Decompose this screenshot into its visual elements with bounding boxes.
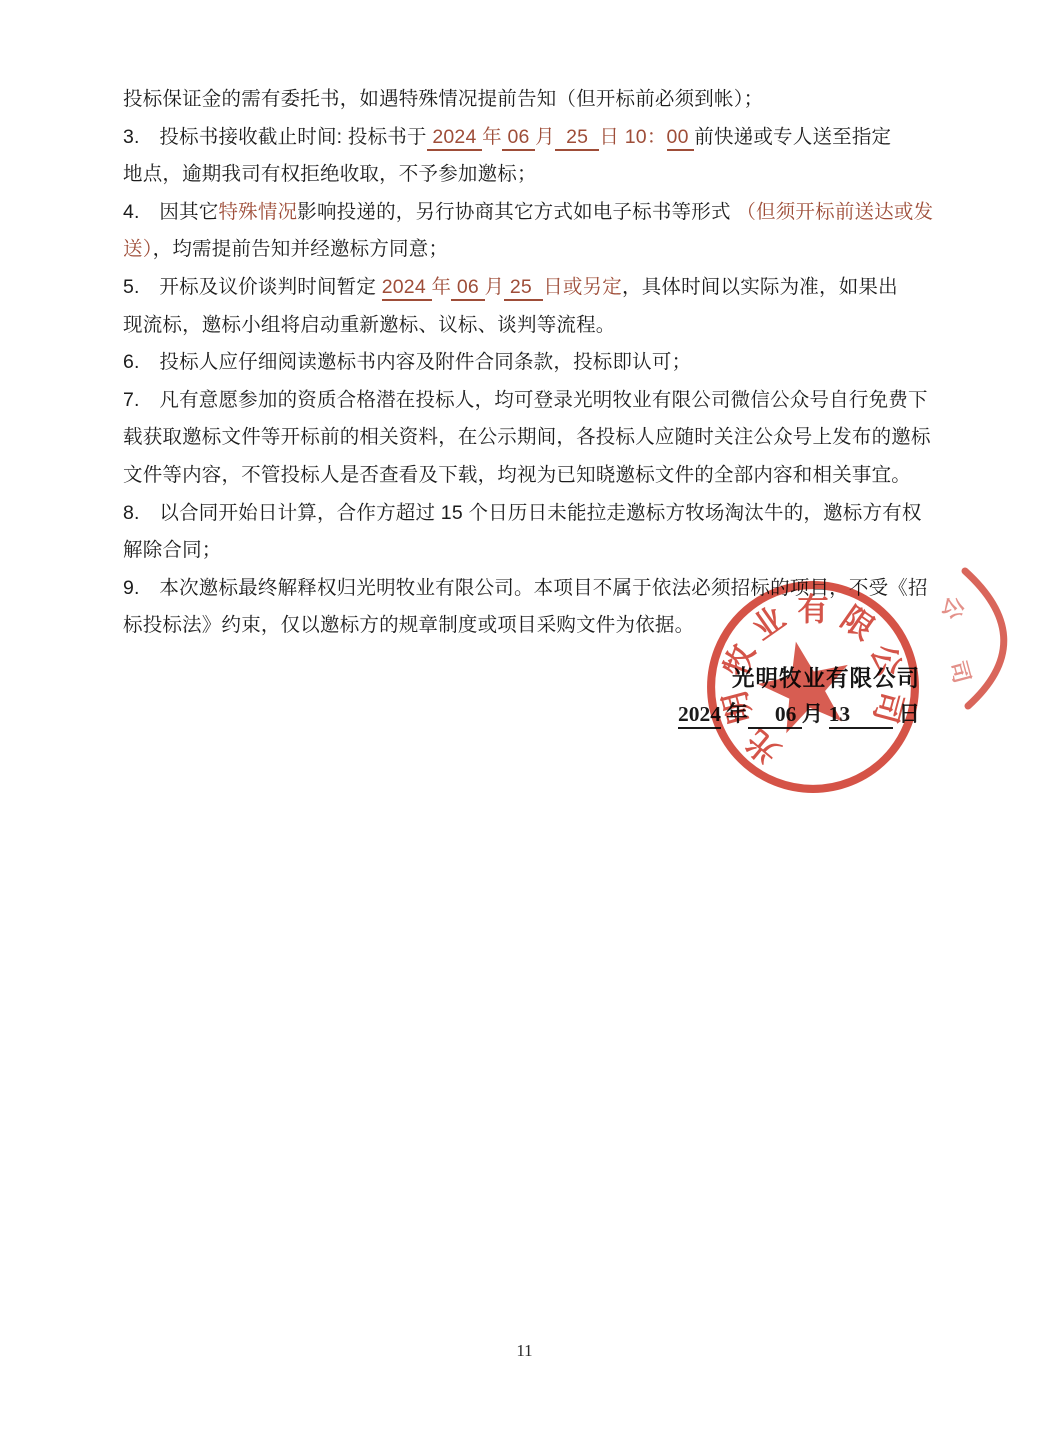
date-segment: 年 (721, 702, 748, 726)
document-page: 投标保证金的需有委托书，如遇特殊情况提前告知（但开标前必须到帐）；3. 投标书接… (0, 0, 1049, 1455)
text-segment: 月 (485, 276, 505, 298)
document-line: 投标保证金的需有委托书，如遇特殊情况提前告知（但开标前必须到帐）； (123, 81, 935, 119)
text-segment: 00 (667, 126, 695, 151)
document-line: 9. 本次邀标最终解释权归光明牧业有限公司。本项目不属于依法必须招标的项目，不受… (123, 570, 935, 608)
partial-seal-arc (965, 571, 1004, 706)
text-segment: 前快递或专人送至指定 (694, 126, 891, 148)
text-segment: 06 (451, 276, 484, 301)
document-line: 6. 投标人应仔细阅读邀标书内容及附件合同条款，投标即认可； (123, 344, 935, 382)
document-line: 文件等内容，不管投标人是否查看及下载，均视为已知晓邀标文件的全部内容和相关事宜。 (123, 457, 935, 495)
signature-date: 2024 年 06 月 13 日 (678, 697, 920, 728)
text-segment: 2024 (382, 276, 432, 301)
date-segment: 06 (748, 702, 802, 729)
text-segment: 06 (502, 126, 535, 151)
text-segment: 文件等内容，不管投标人是否查看及下载，均视为已知晓邀标文件的全部内容和相关事宜。 (123, 464, 911, 486)
document-line: 标投标法》约束，仅以邀标方的规章制度或项目采购文件为依据。 (123, 607, 935, 645)
text-segment: 解除合同； (123, 539, 222, 561)
text-segment: 4. 因其它 (123, 201, 218, 223)
document-line: 解除合同； (123, 532, 935, 570)
text-segment: 日 10： (599, 126, 666, 148)
signature-company-name: 光明牧业有限公司 (732, 661, 920, 693)
partial-seal-character: 公 (937, 593, 968, 623)
text-segment: 投标保证金的需有委托书，如遇特殊情况提前告知（但开标前必须到帐）； (123, 88, 763, 110)
date-segment: 13 (829, 702, 894, 729)
text-segment: 送） (123, 238, 153, 260)
text-segment: 7. 凡有意愿参加的资质合格潜在投标人，均可登录光明牧业有限公司微信公众号自行免… (123, 389, 928, 411)
document-body: 投标保证金的需有委托书，如遇特殊情况提前告知（但开标前必须到帐）；3. 投标书接… (123, 81, 935, 645)
date-segment: 月 (802, 702, 829, 726)
document-line: 送），均需提前告知并经邀标方同意； (123, 231, 935, 269)
seal-character: 光 (740, 723, 786, 770)
text-segment: 2024 (427, 126, 482, 151)
document-line: 载获取邀标文件等开标前的相关资料，在公示期间，各投标人应随时关注公众号上发布的邀… (123, 419, 935, 457)
text-segment: 年 (432, 276, 452, 298)
document-line: 现流标，邀标小组将启动重新邀标、议标、谈判等流程。 (123, 307, 935, 345)
partial-seal-character: 司 (945, 658, 975, 686)
document-line: 5. 开标及议价谈判时间暂定 2024 年 06 月 25 日或另定，具体时间以… (123, 269, 935, 307)
document-line: 地点，逾期我司有权拒绝收取，不予参加邀标； (123, 156, 935, 194)
page-number: 11 (0, 1341, 1049, 1361)
text-segment: 25 (504, 276, 543, 301)
text-segment: 年 (482, 126, 502, 148)
partial-seal-text: 公司 (937, 593, 975, 685)
text-segment: （但须开标前送达或发 (736, 201, 933, 223)
text-segment: 3. 投标书接收截止时间: 投标书于 (123, 126, 427, 148)
text-segment: 月 (535, 126, 555, 148)
text-segment: 影响投递的，另行协商其它方式如电子标书等形式 (297, 201, 736, 223)
text-segment: 地点，逾期我司有权拒绝收取，不予参加邀标； (123, 163, 537, 185)
text-segment: 6. 投标人应仔细阅读邀标书内容及附件合同条款，投标即认可； (123, 351, 691, 373)
date-segment: 日 (893, 702, 920, 726)
text-segment: 9. 本次邀标最终解释权归光明牧业有限公司。本项目不属于依法必须招标的项目，不受… (123, 577, 928, 599)
text-segment: 日或另定 (543, 276, 622, 298)
text-segment: 5. 开标及议价谈判时间暂定 (123, 276, 382, 298)
text-segment: 特殊情况 (218, 201, 297, 223)
document-line: 3. 投标书接收截止时间: 投标书于 2024 年 06 月 25 日 10：0… (123, 119, 935, 157)
text-segment: 现流标，邀标小组将启动重新邀标、议标、谈判等流程。 (123, 314, 616, 336)
text-segment: ，具体时间以实际为准，如果出 (622, 276, 898, 298)
date-segment: 2024 (678, 702, 721, 729)
document-line: 7. 凡有意愿参加的资质合格潜在投标人，均可登录光明牧业有限公司微信公众号自行免… (123, 382, 935, 420)
document-line: 8. 以合同开始日计算，合作方超过 15 个日历日未能拉走邀标方牧场淘汰牛的，邀… (123, 495, 935, 533)
text-segment: 25 (555, 126, 600, 151)
text-segment: 8. 以合同开始日计算，合作方超过 15 个日历日未能拉走邀标方牧场淘汰牛的，邀… (123, 502, 922, 524)
document-line: 4. 因其它特殊情况影响投递的，另行协商其它方式如电子标书等形式 （但须开标前送… (123, 194, 935, 232)
text-segment: 标投标法》约束，仅以邀标方的规章制度或项目采购文件为依据。 (123, 614, 694, 636)
text-segment: ，均需提前告知并经邀标方同意； (153, 238, 449, 260)
text-segment: 载获取邀标文件等开标前的相关资料，在公示期间，各投标人应随时关注公众号上发布的邀… (123, 426, 931, 448)
partial-seal-stamp: 公司 (935, 560, 1015, 720)
